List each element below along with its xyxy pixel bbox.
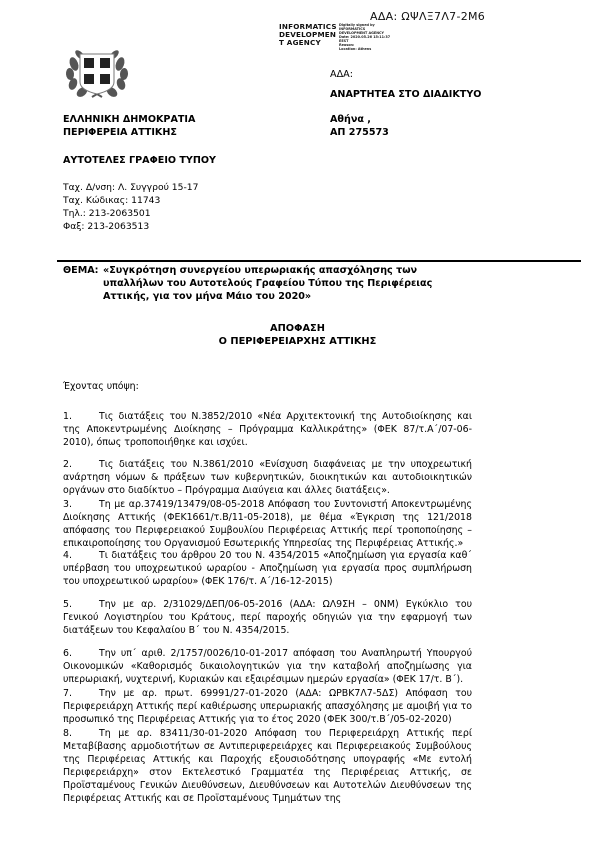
fax-number: Φαξ: 213-2063513 — [63, 220, 149, 233]
postal-address: Ταχ. Δ/νση: Λ. Συγγρού 15-17 — [63, 181, 199, 194]
subject-divider — [57, 260, 581, 262]
subject-label: ΘΕΜΑ: — [63, 264, 99, 277]
item-7: 7.Την με αρ. πρωτ. 69991/27-01-2020 (ΑΔΑ… — [63, 687, 472, 726]
item-5: 5.Την με αρ. 2/31029/ΔΕΠ/06-05-2016 (ΑΔΑ… — [63, 598, 472, 637]
phone-number: Τηλ.: 213-2063501 — [63, 207, 151, 220]
ada-top-code: ΑΔΑ: ΩΨΛΞ7Λ7-2Μ6 — [370, 10, 485, 23]
city-date: Αθήνα , — [330, 113, 371, 126]
item-1: 1.Τις διατάξεις του Ν.3852/2010 «Νέα Αρχ… — [63, 410, 472, 449]
item-text: Την με αρ. 2/31029/ΔΕΠ/06-05-2016 (ΑΔΑ: … — [63, 599, 472, 636]
item-number: 3. — [63, 498, 99, 511]
org-name: ΕΛΛΗΝΙΚΗ ΔΗΜΟΚΡΑΤΙΑ — [63, 113, 195, 126]
office-name: ΑΥΤΟΤΕΛΕΣ ΓΡΑΦΕΙΟ ΤΥΠΟΥ — [63, 154, 216, 167]
stamp-detail: Location: Athens — [339, 47, 390, 51]
item-text: Τη με αρ. 83411/30-01-2020 Απόφαση του Π… — [63, 728, 472, 804]
publish-note: ΑΝΑΡΤΗΤΕΑ ΣΤΟ ΔΙΑΔΙΚΤΥΟ — [330, 88, 481, 101]
item-3: 3.Τη με αρ.37419/13479/08-05-2018 Απόφασ… — [63, 498, 472, 550]
signature-stamp-details: Digitally signed by INFORMATICS DEVELOPM… — [339, 23, 390, 51]
protocol-number: ΑΠ 275573 — [330, 126, 389, 139]
signature-stamp-org: INFORMATICS DEVELOPMEN T AGENCY — [279, 23, 337, 47]
considering-heading: Έχοντας υπόψη: — [63, 381, 139, 392]
item-number: 2. — [63, 458, 99, 471]
item-number: 1. — [63, 410, 99, 423]
item-number: 8. — [63, 727, 99, 740]
stamp-line: T AGENCY — [279, 39, 337, 47]
decision-authority: Ο ΠΕΡΙΦΕΡΕΙΑΡΧΗΣ ΑΤΤΙΚΗΣ — [0, 335, 595, 348]
item-8: 8.Τη με αρ. 83411/30-01-2020 Απόφαση του… — [63, 727, 472, 805]
ada-label: ΑΔΑ: — [330, 68, 353, 81]
item-number: 4. — [63, 549, 99, 562]
item-number: 5. — [63, 598, 99, 611]
item-text: Τις διατάξεις του Ν.3861/2010 «Ενίσχυση … — [63, 459, 472, 496]
region-name: ΠΕΡΙΦΕΡΕΙΑ ΑΤΤΙΚΗΣ — [63, 126, 177, 139]
item-number: 7. — [63, 687, 99, 700]
item-text: Τι διατάξεις του άρθρου 20 του Ν. 4354/2… — [63, 550, 472, 587]
greek-coat-of-arms-icon — [62, 42, 132, 100]
item-text: Τη με αρ.37419/13479/08-05-2018 Απόφαση … — [63, 499, 472, 549]
subject-text: «Συγκρότηση συνεργείου υπερωριακής απασχ… — [103, 264, 463, 303]
item-text: Την με αρ. πρωτ. 69991/27-01-2020 (ΑΔΑ: … — [63, 688, 472, 725]
postal-code: Ταχ. Κώδικας: 11743 — [63, 194, 160, 207]
item-number: 6. — [63, 647, 99, 660]
item-6: 6.Την υπ΄ αριθ. 2/1757/0026/10-01-2017 α… — [63, 647, 472, 686]
item-text: Τις διατάξεις του Ν.3852/2010 «Νέα Αρχιτ… — [63, 411, 472, 448]
decision-title: ΑΠΟΦΑΣΗ — [0, 322, 595, 335]
item-4: 4.Τι διατάξεις του άρθρου 20 του Ν. 4354… — [63, 549, 472, 588]
item-2: 2.Τις διατάξεις του Ν.3861/2010 «Ενίσχυσ… — [63, 458, 472, 497]
item-text: Την υπ΄ αριθ. 2/1757/0026/10-01-2017 από… — [63, 648, 472, 685]
